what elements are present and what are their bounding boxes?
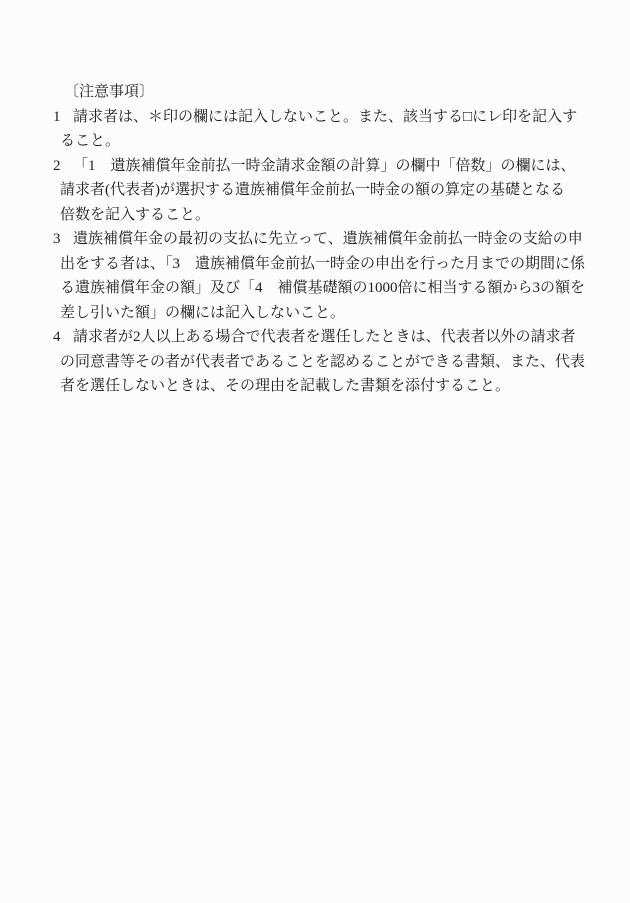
- note-line: 請求者(代表者)が選択する遺族補償年金前払一時金の額の算定の基礎となる: [53, 178, 598, 203]
- note-number: 4: [53, 325, 73, 350]
- note-line: 者を選任しないときは、その理由を記載した書類を添付すること。: [53, 374, 598, 399]
- note-item-4: 4請求者が2人以上ある場合で代表者を選任したときは、代表者以外の請求者 の同意書…: [53, 325, 598, 399]
- note-line: の同意書等その者が代表者であることを認めることができる書類、また、代表: [53, 350, 598, 375]
- note-line: 4請求者が2人以上ある場合で代表者を選任したときは、代表者以外の請求者: [53, 325, 598, 350]
- note-text: 遺族補償年金の最初の支払に先立って、遺族補償年金前払一時金の支給の申: [73, 231, 583, 247]
- note-number: 3: [53, 227, 73, 252]
- document-page: 〔注意事項〕 1請求者は、＊印の欄には記入しないこと。また、該当する□にレ印を記…: [0, 0, 630, 903]
- note-text: 「1 遺族補償年金前払一時金請求金額の計算」の欄中「倍数」の欄には、: [73, 158, 576, 174]
- note-number: 2: [53, 154, 73, 179]
- note-line: 出をする者は、「3 遺族補償年金前払一時金の申出を行った月までの期間に係: [53, 252, 598, 277]
- notes-section: 〔注意事項〕 1請求者は、＊印の欄には記入しないこと。また、該当する□にレ印を記…: [53, 80, 598, 399]
- note-line: 2「1 遺族補償年金前払一時金請求金額の計算」の欄中「倍数」の欄には、: [53, 154, 598, 179]
- note-number: 1: [53, 105, 73, 130]
- note-line: 差し引いた額」の欄には記入しないこと。: [53, 301, 598, 326]
- note-line: ること。: [53, 129, 598, 154]
- note-item-1: 1請求者は、＊印の欄には記入しないこと。また、該当する□にレ印を記入す ること。: [53, 105, 598, 154]
- note-text: 請求者は、＊印の欄には記入しないこと。また、該当する□にレ印を記入す: [73, 109, 577, 125]
- note-item-2: 2「1 遺族補償年金前払一時金請求金額の計算」の欄中「倍数」の欄には、 請求者(…: [53, 154, 598, 228]
- note-text: 請求者が2人以上ある場合で代表者を選任したときは、代表者以外の請求者: [73, 329, 576, 345]
- note-line: 1請求者は、＊印の欄には記入しないこと。また、該当する□にレ印を記入す: [53, 105, 598, 130]
- notes-heading: 〔注意事項〕: [53, 80, 598, 105]
- note-line: 倍数を記入すること。: [53, 203, 598, 228]
- note-line: る遺族補償年金の額」及び「4 補償基礎額の1000倍に相当する額から3の額を: [53, 276, 598, 301]
- note-item-3: 3遺族補償年金の最初の支払に先立って、遺族補償年金前払一時金の支給の申 出をする…: [53, 227, 598, 325]
- note-line: 3遺族補償年金の最初の支払に先立って、遺族補償年金前払一時金の支給の申: [53, 227, 598, 252]
